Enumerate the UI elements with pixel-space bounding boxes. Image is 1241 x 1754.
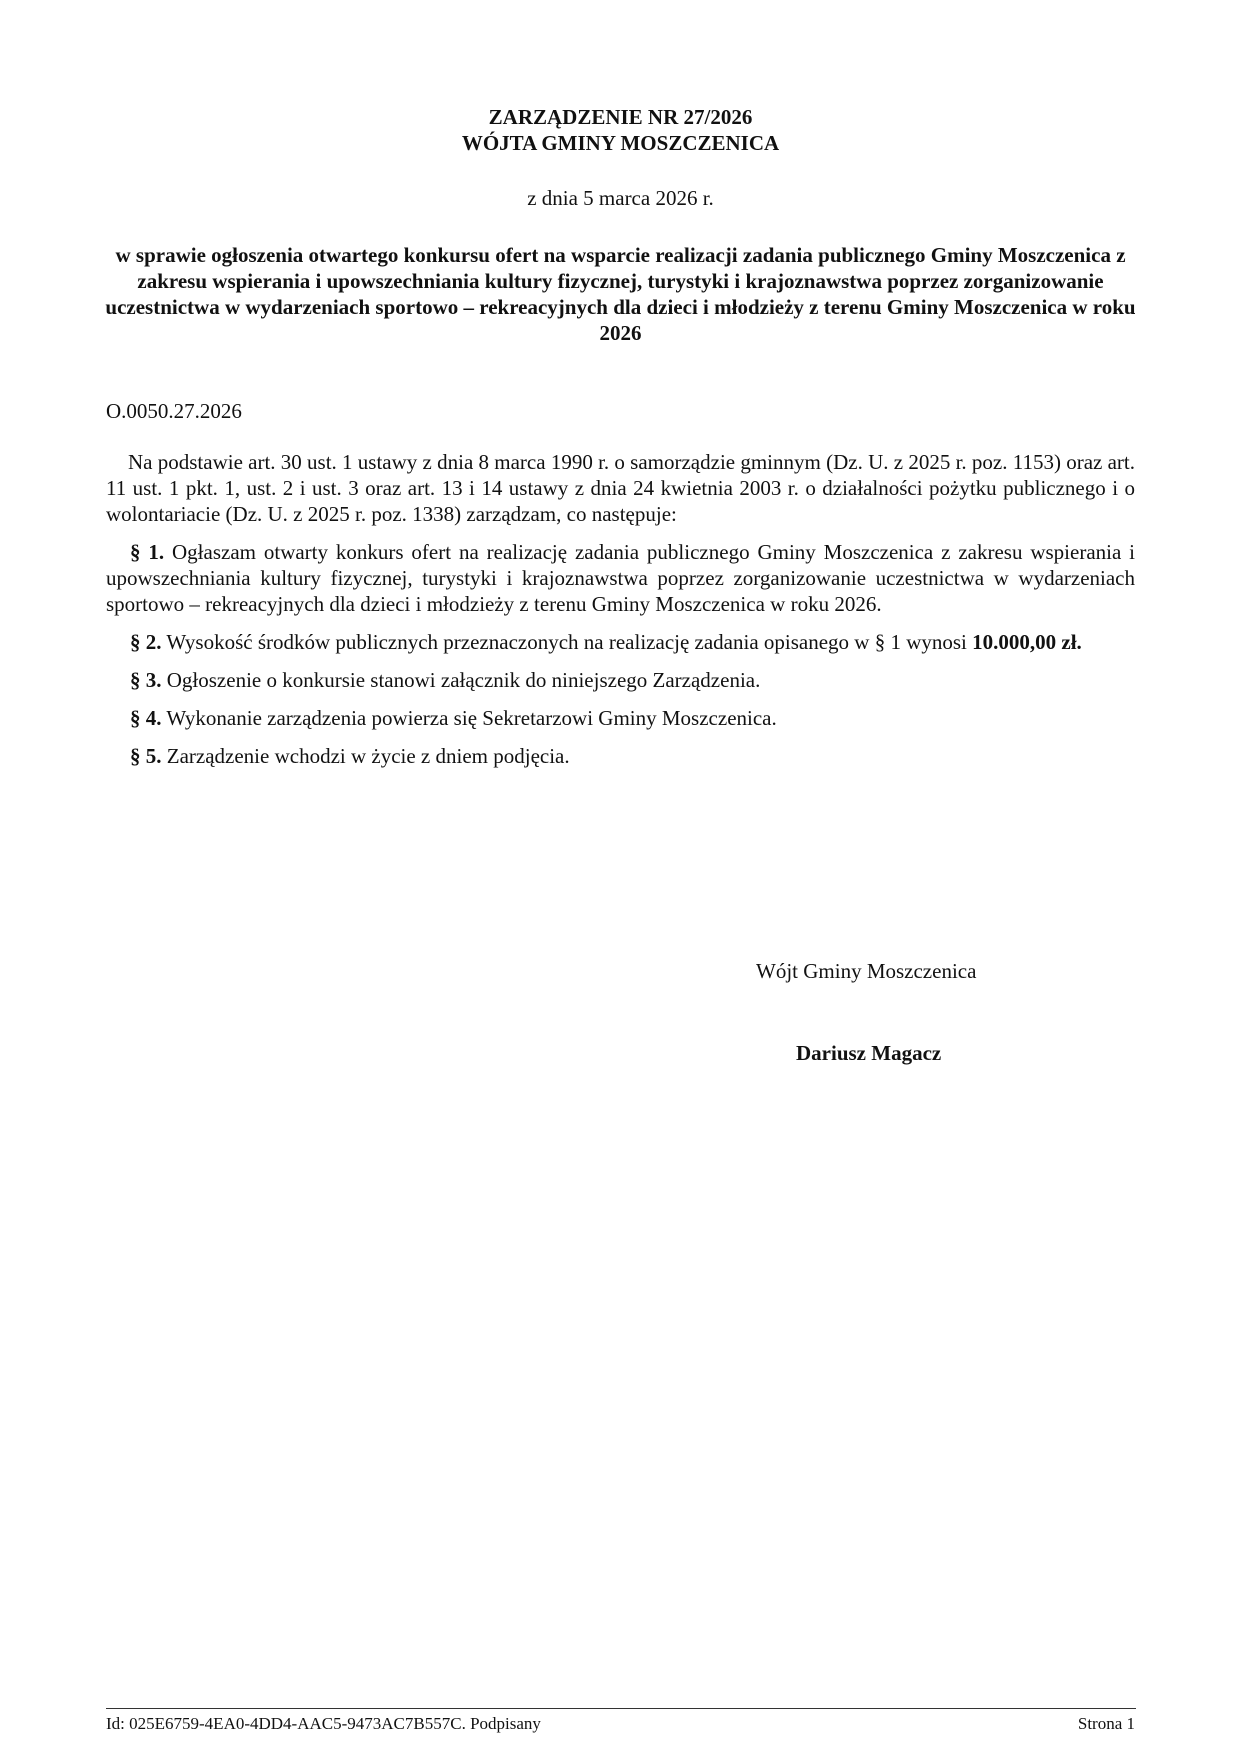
signature-name: Dariusz Magacz bbox=[796, 1040, 941, 1066]
paragraph-label: § 4. bbox=[130, 706, 162, 730]
document-date: z dnia 5 marca 2026 r. bbox=[0, 185, 1241, 211]
paragraph-4: § 4. Wykonanie zarządzenia powierza się … bbox=[106, 705, 1135, 731]
page-number: Strona 1 bbox=[1078, 1713, 1135, 1735]
legal-basis: Na podstawie art. 30 ust. 1 ustawy z dni… bbox=[106, 449, 1135, 527]
paragraph-label: § 5. bbox=[130, 744, 162, 768]
document-body: Na podstawie art. 30 ust. 1 ustawy z dni… bbox=[106, 449, 1135, 781]
paragraph-2: § 2. Wysokość środków publicznych przezn… bbox=[106, 629, 1135, 655]
footer-divider bbox=[106, 1708, 1136, 1709]
amount: 10.000,00 zł. bbox=[972, 630, 1082, 654]
paragraph-label: § 3. bbox=[130, 668, 162, 692]
document-title: ZARZĄDZENIE NR 27/2026 bbox=[0, 104, 1241, 130]
paragraph-5: § 5. Zarządzenie wchodzi w życie z dniem… bbox=[106, 743, 1135, 769]
reference-number: O.0050.27.2026 bbox=[106, 398, 242, 424]
paragraph-1: § 1. Ogłaszam otwarty konkurs ofert na r… bbox=[106, 539, 1135, 617]
paragraph-3: § 3. Ogłoszenie o konkursie stanowi załą… bbox=[106, 667, 1135, 693]
document-page: ZARZĄDZENIE NR 27/2026 WÓJTA GMINY MOSZC… bbox=[0, 0, 1241, 1754]
document-id: Id: 025E6759-4EA0-4DD4-AAC5-9473AC7B557C… bbox=[106, 1713, 541, 1735]
document-subject: w sprawie ogłoszenia otwartego konkursu … bbox=[100, 242, 1141, 346]
signature-office: Wójt Gminy Moszczenica bbox=[756, 958, 976, 984]
paragraph-label: § 2. bbox=[130, 630, 162, 654]
paragraph-label: § 1. bbox=[130, 540, 164, 564]
issuing-authority: WÓJTA GMINY MOSZCZENICA bbox=[0, 130, 1241, 156]
